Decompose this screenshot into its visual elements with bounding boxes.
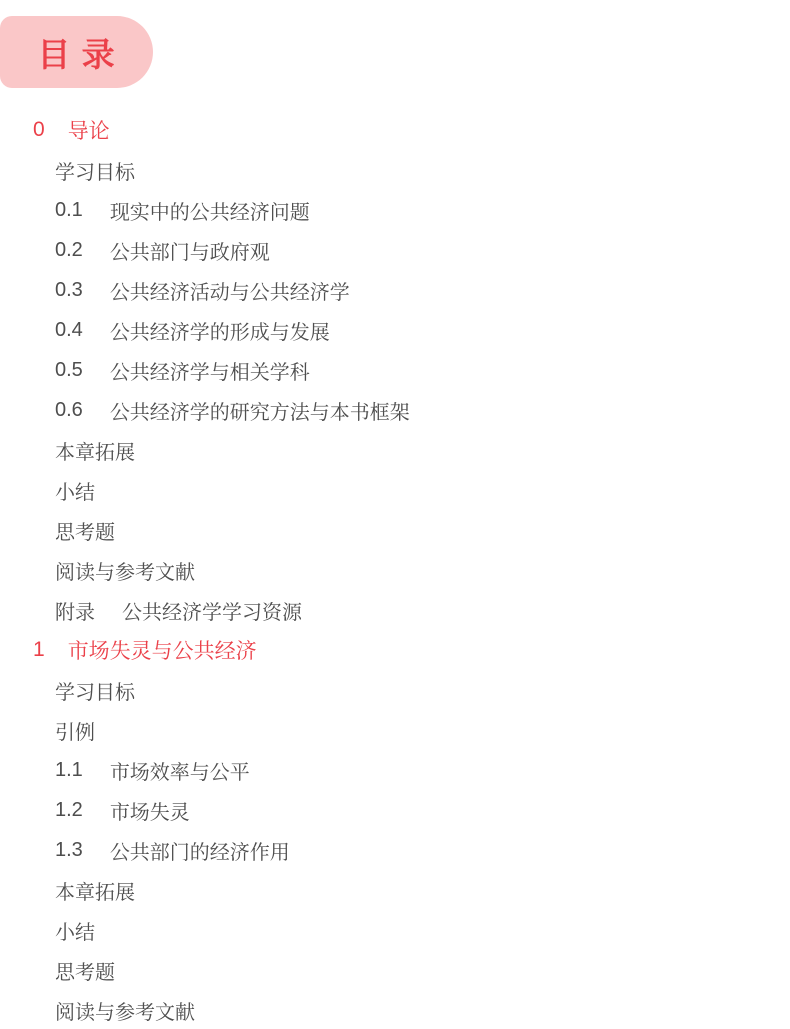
- toc-entry-title: 本章拓展: [55, 876, 135, 905]
- toc-entry-row[interactable]: 本章拓展: [0, 870, 790, 910]
- toc-chapter-row[interactable]: 1市场失灵与公共经济: [0, 630, 790, 670]
- toc-entry-title: 小结: [55, 476, 95, 505]
- toc-entry-title: 公共经济学学习资源: [122, 596, 302, 625]
- toc-entry-title: 市场失灵: [110, 796, 190, 825]
- toc-entry-title: 公共经济学的形成与发展: [110, 316, 330, 345]
- toc-entry-row[interactable]: 0.4公共经济学的形成与发展: [0, 310, 790, 350]
- toc-entry-title: 现实中的公共经济问题: [110, 196, 310, 225]
- toc-entry-row[interactable]: 0.3公共经济活动与公共经济学: [0, 270, 790, 310]
- toc-entry-title: 阅读与参考文献: [55, 996, 195, 1025]
- toc-entry-title: 公共部门与政府观: [110, 236, 270, 265]
- toc-entry-number: 0.2: [55, 239, 83, 262]
- toc-header-title: 目 录: [37, 29, 115, 76]
- toc-entry-title: 学习目标: [55, 676, 135, 705]
- toc-chapter-row[interactable]: 0导论: [0, 110, 790, 150]
- toc-entry-number: 1.2: [55, 799, 83, 822]
- toc-entry-title: 本章拓展: [55, 436, 135, 465]
- toc-entry-number: 0.4: [55, 319, 83, 342]
- toc-entry-row[interactable]: 小结: [0, 470, 790, 510]
- toc-entry-title: 思考题: [55, 516, 115, 545]
- toc-entry-row[interactable]: 学习目标: [0, 670, 790, 710]
- toc-entry-row[interactable]: 阅读与参考文献: [0, 990, 790, 1029]
- toc-entry-number: 附录: [55, 596, 95, 625]
- toc-entry-row[interactable]: 0.5公共经济学与相关学科: [0, 350, 790, 390]
- toc-entry-row[interactable]: 本章拓展: [0, 430, 790, 470]
- toc-entry-number: 0.1: [55, 199, 83, 222]
- toc-entry-row[interactable]: 0.6公共经济学的研究方法与本书框架: [0, 390, 790, 430]
- toc-entry-row[interactable]: 学习目标: [0, 150, 790, 190]
- toc-entry-title: 学习目标: [55, 156, 135, 185]
- toc-entry-title: 引例: [55, 716, 95, 745]
- toc-entry-title: 思考题: [55, 956, 115, 985]
- toc-list: 0导论学习目标0.1现实中的公共经济问题0.2公共部门与政府观0.3公共经济活动…: [0, 110, 790, 1029]
- toc-entry-row[interactable]: 1.3公共部门的经济作用: [0, 830, 790, 870]
- toc-entry-title: 公共部门的经济作用: [110, 836, 290, 865]
- toc-entry-title: 公共经济学与相关学科: [110, 356, 310, 385]
- toc-entry-number: 0: [33, 118, 45, 142]
- toc-entry-row[interactable]: 1.1市场效率与公平: [0, 750, 790, 790]
- toc-entry-row[interactable]: 阅读与参考文献: [0, 550, 790, 590]
- toc-entry-row[interactable]: 0.1现实中的公共经济问题: [0, 190, 790, 230]
- toc-entry-row[interactable]: 0.2公共部门与政府观: [0, 230, 790, 270]
- toc-header-badge: 目 录: [0, 16, 153, 88]
- toc-entry-title: 公共经济活动与公共经济学: [110, 276, 350, 305]
- toc-entry-number: 0.6: [55, 399, 83, 422]
- toc-entry-row[interactable]: 附录公共经济学学习资源: [0, 590, 790, 630]
- toc-entry-row[interactable]: 思考题: [0, 950, 790, 990]
- toc-entry-number: 0.3: [55, 279, 83, 302]
- toc-entry-title: 导论: [68, 115, 110, 145]
- toc-entry-row[interactable]: 1.2市场失灵: [0, 790, 790, 830]
- toc-entry-number: 1: [33, 638, 45, 662]
- toc-entry-number: 0.5: [55, 359, 83, 382]
- toc-entry-number: 1.1: [55, 759, 83, 782]
- toc-entry-title: 阅读与参考文献: [55, 556, 195, 585]
- toc-entry-row[interactable]: 思考题: [0, 510, 790, 550]
- toc-entry-title: 市场失灵与公共经济: [68, 635, 257, 665]
- toc-entry-title: 小结: [55, 916, 95, 945]
- toc-entry-row[interactable]: 引例: [0, 710, 790, 750]
- toc-entry-row[interactable]: 小结: [0, 910, 790, 950]
- toc-entry-number: 1.3: [55, 839, 83, 862]
- toc-entry-title: 公共经济学的研究方法与本书框架: [110, 396, 410, 425]
- toc-entry-title: 市场效率与公平: [110, 756, 250, 785]
